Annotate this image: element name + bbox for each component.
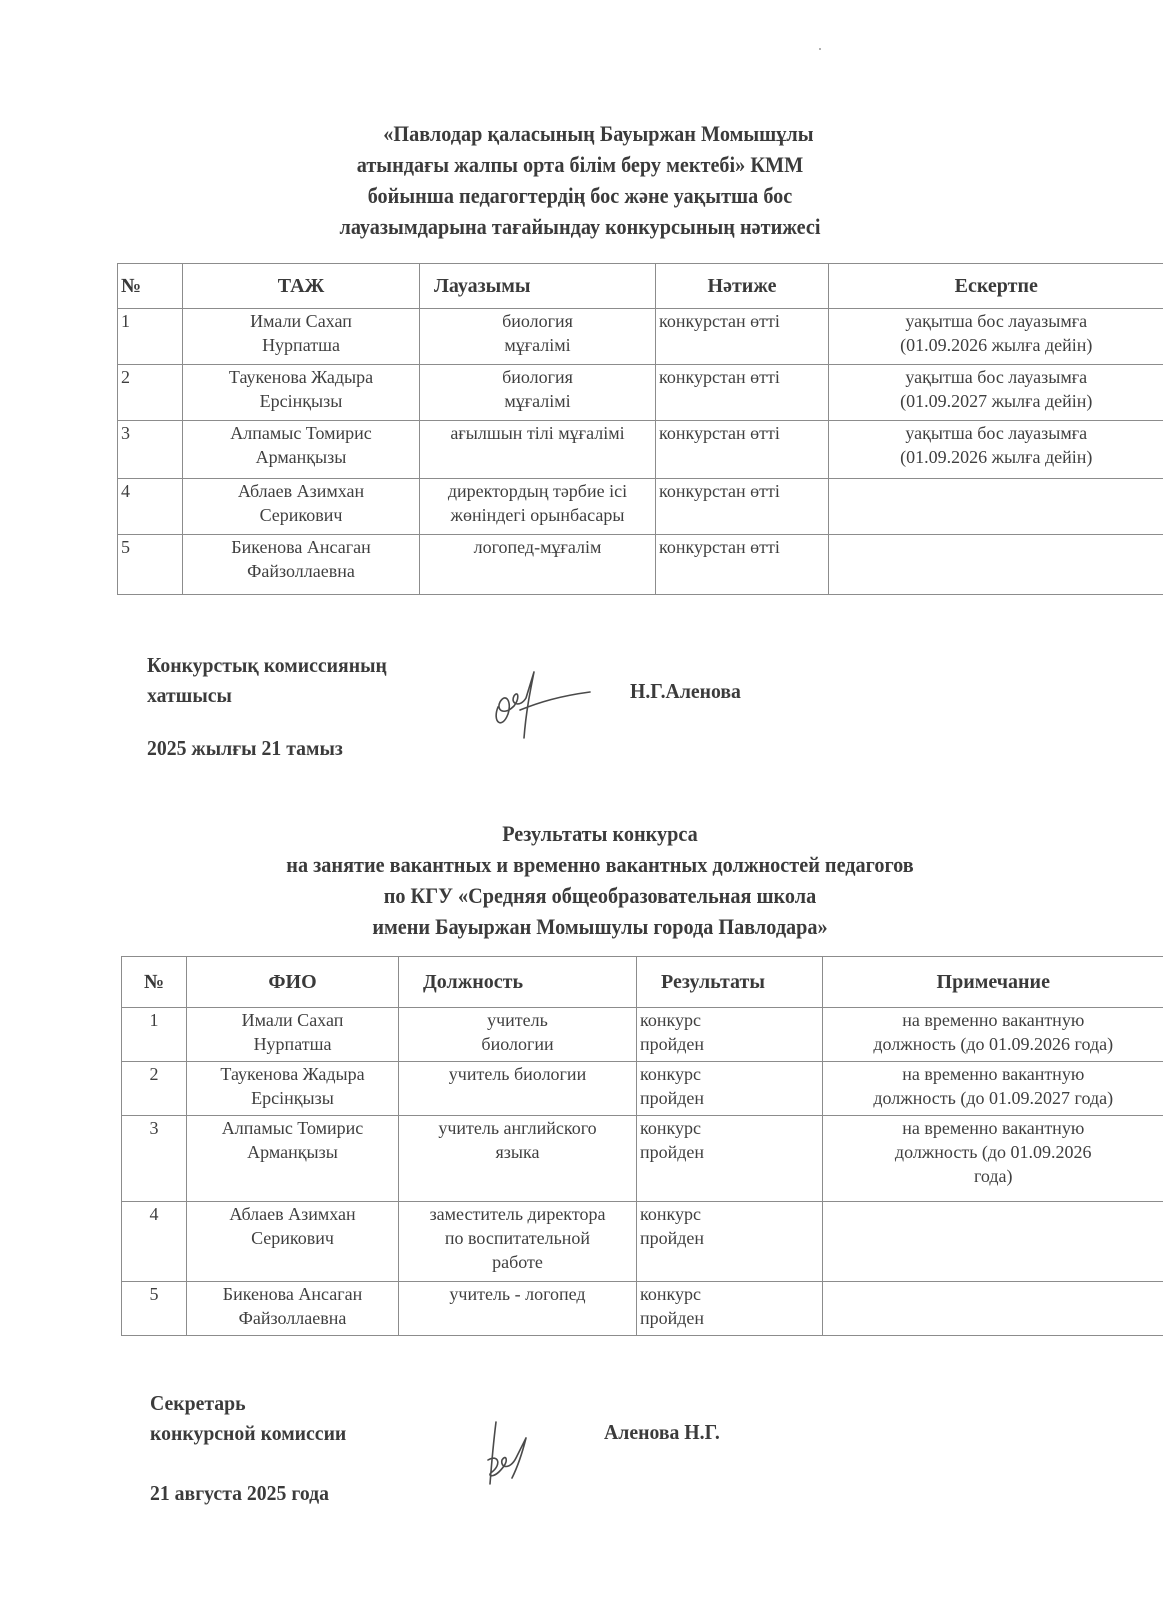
kz-signature-role: Конкурстық комиссияның хатшысы	[147, 650, 387, 710]
cell-row-number: 2	[122, 1062, 187, 1116]
cell-person-name: Имали СахапНурпатша	[187, 1008, 399, 1062]
cell-result: конкурспройден	[637, 1116, 823, 1202]
col-header-note: Примечание	[823, 957, 1163, 1008]
scan-speck	[819, 48, 821, 50]
table-row: 1Имали СахапНурпатшаучительбиологииконку…	[122, 1008, 1163, 1062]
cell-row-number: 3	[118, 421, 183, 479]
cell-note	[829, 535, 1163, 595]
cell-row-number: 5	[118, 535, 183, 595]
cell-position: учитель - логопед	[399, 1282, 637, 1336]
handwritten-signature-icon	[482, 1418, 552, 1490]
col-header-position: Должность	[399, 957, 637, 1008]
ru-title-line: Результаты конкурса	[186, 818, 1014, 849]
cell-note	[829, 479, 1163, 535]
cell-person-name: Аблаев АзимханСерикович	[183, 479, 420, 535]
table-row: 4Аблаев АзимханСериковичдиректордың тәрб…	[118, 479, 1163, 535]
cell-position: директордың тәрбие ісіжөніндегі орынбаса…	[420, 479, 656, 535]
cell-note: на временно вакантнуюдолжность (до 01.09…	[823, 1116, 1163, 1202]
ru-role-line: конкурсной комиссии	[150, 1418, 346, 1448]
cell-result: конкурстан өтті	[656, 365, 829, 421]
kz-signatory-name: Н.Г.Аленова	[630, 679, 741, 704]
col-header-name: ФИО	[187, 957, 399, 1008]
cell-row-number: 3	[122, 1116, 187, 1202]
col-header-result: Нәтиже	[656, 264, 829, 309]
kz-title-line: лауазымдарына тағайындау конкурсының нәт…	[230, 211, 929, 242]
ru-results-table: № ФИО Должность Результаты Примечание 1И…	[121, 956, 1163, 1336]
cell-result: конкурспройден	[637, 1282, 823, 1336]
ru-title-line: на занятие вакантных и временно вакантны…	[186, 849, 1014, 880]
col-header-number: №	[122, 957, 187, 1008]
cell-row-number: 4	[122, 1202, 187, 1282]
cell-note	[823, 1282, 1163, 1336]
table-row: 3Алпамыс ТомирисАрманқызыағылшын тілі мұ…	[118, 421, 1163, 479]
cell-result: конкурспройден	[637, 1202, 823, 1282]
cell-note: на временно вакантнуюдолжность (до 01.09…	[823, 1008, 1163, 1062]
col-header-note: Ескертпе	[829, 264, 1163, 309]
table-row: 2Таукенова ЖадыраЕрсінқызыбиологиямұғалі…	[118, 365, 1163, 421]
cell-row-number: 2	[118, 365, 183, 421]
cell-person-name: Таукенова ЖадыраЕрсінқызы	[187, 1062, 399, 1116]
cell-result: конкурстан өтті	[656, 535, 829, 595]
kz-title-line: «Павлодар қаласының Бауыржан Момышұлы	[230, 118, 929, 149]
col-header-result: Результаты	[637, 957, 823, 1008]
cell-result: конкурстан өтті	[656, 479, 829, 535]
cell-result: конкурспройден	[637, 1062, 823, 1116]
ru-signature-date: 21 августа 2025 года	[150, 1478, 329, 1508]
cell-note: на временно вакантнуюдолжность (до 01.09…	[823, 1062, 1163, 1116]
kz-results-table: № ТАЖ Лауазымы Нәтиже Ескертпе 1Имали Са…	[117, 263, 1163, 595]
ru-role-line: Секретарь	[150, 1388, 346, 1418]
kz-title-line: атындағы жалпы орта білім беру мектебі» …	[230, 149, 929, 180]
cell-position: биологиямұғалімі	[420, 365, 656, 421]
table-header-row: № ФИО Должность Результаты Примечание	[122, 957, 1163, 1008]
cell-position: заместитель директорапо воспитательнойра…	[399, 1202, 637, 1282]
ru-title-line: по КГУ «Средняя общеобразовательная школ…	[186, 880, 1014, 911]
table-row: 5Бикенова АнсаганФайзоллаевналогопед-мұғ…	[118, 535, 1163, 595]
cell-person-name: Таукенова ЖадыраЕрсінқызы	[183, 365, 420, 421]
cell-result: конкурспройден	[637, 1008, 823, 1062]
table-header-row: № ТАЖ Лауазымы Нәтиже Ескертпе	[118, 264, 1163, 309]
cell-position: ағылшын тілі мұғалімі	[420, 421, 656, 479]
table-row: 4Аблаев АзимханСериковичзаместитель дире…	[122, 1202, 1163, 1282]
cell-position: учитель английскогоязыка	[399, 1116, 637, 1202]
table-row: 1Имали СахапНурпатшабиологиямұғаліміконк…	[118, 309, 1163, 365]
kz-title-line: бойынша педагогтердің бос және уақытша б…	[230, 180, 929, 211]
cell-person-name: Алпамыс ТомирисАрманқызы	[183, 421, 420, 479]
cell-row-number: 4	[118, 479, 183, 535]
cell-position: учитель биологии	[399, 1062, 637, 1116]
cell-row-number: 5	[122, 1282, 187, 1336]
kz-signature-date: 2025 жылғы 21 тамыз	[147, 733, 343, 763]
ru-title-line: имени Бауыржан Момышулы города Павлодара…	[186, 911, 1014, 942]
kz-role-line: хатшысы	[147, 680, 387, 710]
cell-note: уақытша бос лауазымға(01.09.2027 жылға д…	[829, 365, 1163, 421]
cell-position: логопед-мұғалім	[420, 535, 656, 595]
cell-result: конкурстан өтті	[656, 309, 829, 365]
cell-person-name: Аблаев АзимханСерикович	[187, 1202, 399, 1282]
cell-person-name: Алпамыс ТомирисАрманқызы	[187, 1116, 399, 1202]
ru-signature-role: Секретарь конкурсной комиссии	[150, 1388, 346, 1448]
ru-signatory-name: Аленова Н.Г.	[604, 1420, 720, 1445]
cell-note: уақытша бос лауазымға(01.09.2026 жылға д…	[829, 421, 1163, 479]
table-row: 5Бикенова АнсаганФайзоллаевнаучитель - л…	[122, 1282, 1163, 1336]
col-header-name: ТАЖ	[183, 264, 420, 309]
col-header-position: Лауазымы	[420, 264, 656, 309]
cell-person-name: Бикенова АнсаганФайзоллаевна	[187, 1282, 399, 1336]
cell-person-name: Бикенова АнсаганФайзоллаевна	[183, 535, 420, 595]
cell-row-number: 1	[118, 309, 183, 365]
cell-position: учительбиологии	[399, 1008, 637, 1062]
col-header-number: №	[118, 264, 183, 309]
kz-role-line: Конкурстық комиссияның	[147, 650, 387, 680]
cell-person-name: Имали СахапНурпатша	[183, 309, 420, 365]
cell-row-number: 1	[122, 1008, 187, 1062]
ru-document-title: Результаты конкурса на занятие вакантных…	[186, 818, 1014, 942]
handwritten-signature-icon	[490, 652, 600, 744]
cell-note: уақытша бос лауазымға(01.09.2026 жылға д…	[829, 309, 1163, 365]
kz-document-title: «Павлодар қаласының Бауыржан Момышұлы ат…	[230, 118, 929, 242]
table-row: 2Таукенова ЖадыраЕрсінқызыучитель биолог…	[122, 1062, 1163, 1116]
cell-note	[823, 1202, 1163, 1282]
table-row: 3Алпамыс ТомирисАрманқызыучитель английс…	[122, 1116, 1163, 1202]
cell-position: биологиямұғалімі	[420, 309, 656, 365]
cell-result: конкурстан өтті	[656, 421, 829, 479]
